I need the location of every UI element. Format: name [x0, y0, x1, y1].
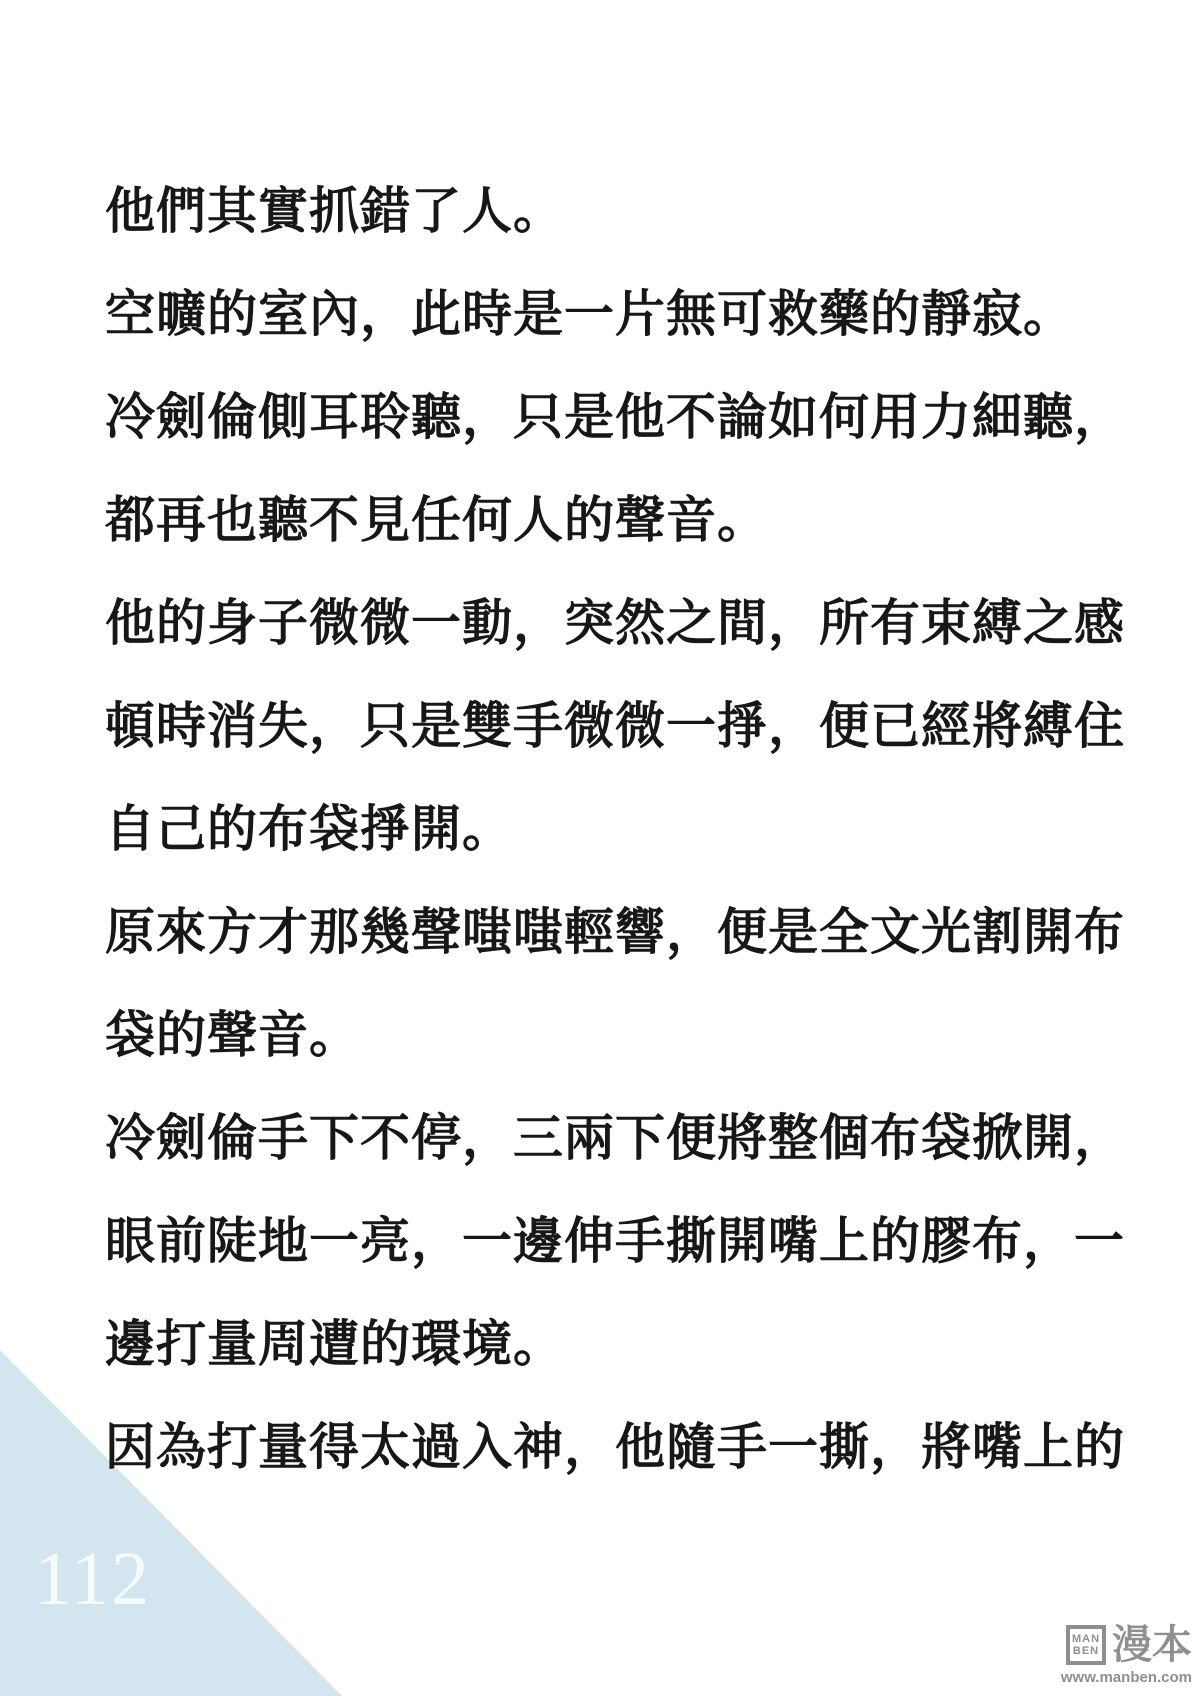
text-line: 冷劍倫側耳聆聽，只是他不論如何用力細聽，: [105, 366, 1100, 469]
text-line: 因為打量得太過入神，他隨手一撕，將嘴上的: [105, 1396, 1100, 1499]
watermark-url: www.manben.com: [1061, 1669, 1192, 1686]
text-line: 都再也聽不見任何人的聲音。: [105, 469, 1100, 572]
manben-watermark: MAN BEN 漫本 www.manben.com: [1061, 1624, 1192, 1686]
logo-text-man: MAN: [1072, 1633, 1100, 1645]
watermark-logo-row: MAN BEN 漫本: [1061, 1624, 1192, 1666]
text-line: 他的身子微微一動，突然之間，所有束縛之感: [105, 572, 1100, 675]
text-line: 原來方才那幾聲嗤嗤輕響，便是全文光割開布: [105, 881, 1100, 984]
text-line: 袋的聲音。: [105, 984, 1100, 1087]
logo-text-ben: BEN: [1073, 1645, 1099, 1657]
text-line: 冷劍倫手下不停，三兩下便將整個布袋掀開，: [105, 1087, 1100, 1190]
text-line: 邊打量周遭的環境。: [105, 1293, 1100, 1396]
text-line: 眼前陡地一亮，一邊伸手撕開嘴上的膠布，一: [105, 1190, 1100, 1293]
page-number: 112: [34, 1536, 151, 1623]
text-line: 頓時消失，只是雙手微微一掙，便已經將縛住: [105, 675, 1100, 778]
manben-logo-icon: MAN BEN: [1066, 1625, 1106, 1665]
text-content: 他們其實抓錯了人。 空曠的室內，此時是一片無可救藥的靜寂。 冷劍倫側耳聆聽，只是…: [105, 160, 1100, 1499]
watermark-brand-text: 漫本: [1112, 1624, 1192, 1666]
novel-page: 112 他們其實抓錯了人。 空曠的室內，此時是一片無可救藥的靜寂。 冷劍倫側耳聆…: [0, 0, 1200, 1696]
text-line: 他們其實抓錯了人。: [105, 160, 1100, 263]
text-line: 空曠的室內，此時是一片無可救藥的靜寂。: [105, 263, 1100, 366]
text-line: 自己的布袋掙開。: [105, 778, 1100, 881]
